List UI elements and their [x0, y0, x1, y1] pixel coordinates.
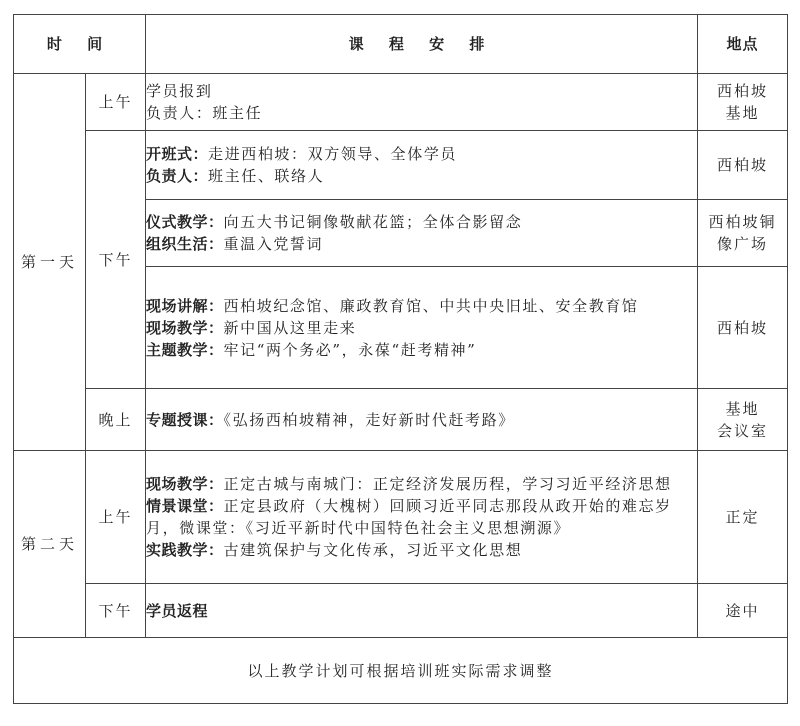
period-label: 下午 [86, 131, 146, 389]
session-location: 正定 [698, 451, 788, 584]
footer-note: 以上教学计划可根据培训班实际需求调整 [14, 638, 788, 704]
session-content: 学员报到 负责人：班主任 [146, 74, 698, 131]
content-line: 仪式教学：向五大书记铜像敬献花篮；全体合影留念 [146, 211, 697, 233]
day-label: 第一天 [14, 74, 86, 451]
header-time: 时 间 [14, 15, 146, 74]
session-location: 西柏坡 [698, 131, 788, 200]
period-label: 下午 [86, 584, 146, 638]
session-content: 现场教学：正定古城与南城门：正定经济发展历程，学习习近平经济思想 情景课堂：正定… [146, 451, 698, 584]
session-location: 西柏坡 [698, 267, 788, 389]
header-content: 课 程 安 排 [146, 15, 698, 74]
table-row: 下午 学员返程 途中 [14, 584, 788, 638]
session-content: 专题授课：《弘扬西柏坡精神，走好新时代赶考路》 [146, 389, 698, 451]
content-line: 负责人：班主任、联络人 [146, 165, 697, 187]
session-location: 西柏坡铜 像广场 [698, 200, 788, 267]
content-line: 现场讲解：西柏坡纪念馆、廉政教育馆、中共中央旧址、安全教育馆 [146, 295, 697, 317]
table-row: 下午 开班式：走进西柏坡：双方领导、全体学员 负责人：班主任、联络人 西柏坡 [14, 131, 788, 200]
session-location: 基地 会议室 [698, 389, 788, 451]
table-row: 晚上 专题授课：《弘扬西柏坡精神，走好新时代赶考路》 基地 会议室 [14, 389, 788, 451]
header-location: 地点 [698, 15, 788, 74]
content-line: 现场教学：正定古城与南城门：正定经济发展历程，学习习近平经济思想 [146, 473, 697, 495]
period-label: 上午 [86, 451, 146, 584]
content-line: 学员报到 [146, 80, 697, 102]
content-line: 专题授课：《弘扬西柏坡精神，走好新时代赶考路》 [146, 409, 697, 431]
day-label: 第二天 [14, 451, 86, 638]
session-location: 西柏坡 基地 [698, 74, 788, 131]
session-content: 开班式：走进西柏坡：双方领导、全体学员 负责人：班主任、联络人 [146, 131, 698, 200]
session-content: 学员返程 [146, 584, 698, 638]
content-line: 主题教学：牢记“两个务必”，永葆“赶考精神” [146, 339, 697, 361]
footer-row: 以上教学计划可根据培训班实际需求调整 [14, 638, 788, 704]
session-content: 现场讲解：西柏坡纪念馆、廉政教育馆、中共中央旧址、安全教育馆 现场教学：新中国从… [146, 267, 698, 389]
table-row: 第二天 上午 现场教学：正定古城与南城门：正定经济发展历程，学习习近平经济思想 … [14, 451, 788, 584]
training-schedule-table: 时 间 课 程 安 排 地点 第一天 上午 学员报到 负责人：班主任 西柏坡 基… [13, 14, 788, 704]
content-line: 负责人：班主任 [146, 102, 697, 124]
period-label: 晚上 [86, 389, 146, 451]
content-line: 现场教学：新中国从这里走来 [146, 317, 697, 339]
content-line: 组织生活：重温入党誓词 [146, 233, 697, 255]
content-line: 情景课堂：正定县政府（大槐树）回顾习近平同志那段从政开始的难忘岁月，微课堂：《习… [146, 495, 697, 539]
period-label: 上午 [86, 74, 146, 131]
session-location: 途中 [698, 584, 788, 638]
content-line: 开班式：走进西柏坡：双方领导、全体学员 [146, 143, 697, 165]
content-line: 学员返程 [146, 600, 697, 622]
table-row: 第一天 上午 学员报到 负责人：班主任 西柏坡 基地 [14, 74, 788, 131]
content-line: 实践教学：古建筑保护与文化传承，习近平文化思想 [146, 539, 697, 561]
session-content: 仪式教学：向五大书记铜像敬献花篮；全体合影留念 组织生活：重温入党誓词 [146, 200, 698, 267]
table-header-row: 时 间 课 程 安 排 地点 [14, 15, 788, 74]
